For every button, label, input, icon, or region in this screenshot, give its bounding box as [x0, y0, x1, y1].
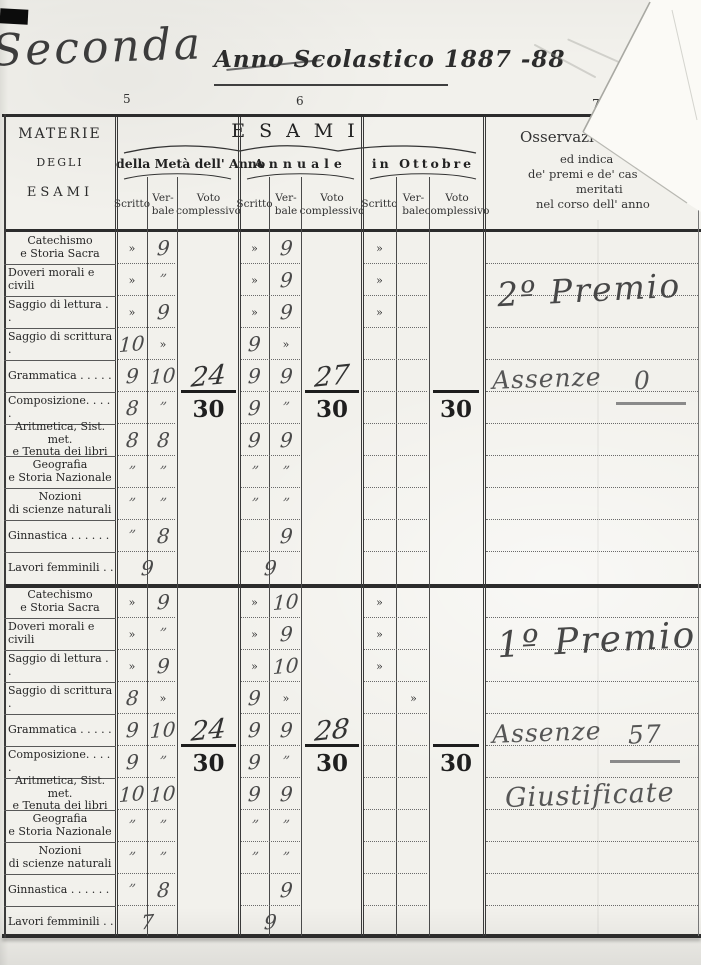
grade-cell: 9: [239, 552, 302, 584]
grade-cell: 9: [148, 586, 178, 618]
grade-value: 9: [156, 235, 170, 260]
materie-header: MATERIE DEGLI ESAMI: [4, 126, 116, 200]
grade-cell: 9: [116, 746, 148, 778]
grade-cell: ”: [148, 392, 178, 424]
ditto-printed-mark: »: [251, 274, 258, 287]
table-right-border: [698, 117, 699, 936]
ditto-hand-mark: ”: [127, 496, 137, 512]
grade-cell: 9: [270, 714, 302, 746]
grade-cell: ”: [116, 456, 148, 488]
grade-cell: »: [362, 650, 397, 682]
grade-cell: »: [116, 586, 148, 618]
row-dotted-line: [486, 841, 698, 842]
subject-label: Saggio di lettura . .: [6, 650, 114, 682]
grade-cell: 9: [239, 424, 270, 456]
grade-value: 9: [247, 717, 261, 742]
row-dotted-line: [364, 777, 427, 778]
grade-value: 10: [150, 781, 177, 807]
grade-cell: ”: [148, 746, 178, 778]
vote-line: [305, 390, 359, 393]
title-underline: [214, 84, 448, 86]
grade-cell: 7: [116, 906, 178, 938]
grade-value: 9: [279, 363, 293, 388]
row-dotted-line: [364, 455, 427, 456]
grade-cell: 10: [116, 778, 148, 810]
subject-label: Saggio di scrittura .: [6, 682, 114, 714]
grade-value: 9: [125, 749, 139, 774]
grade-cell: ”: [270, 746, 302, 778]
subcolumn-header-verbale: Ver- bale: [148, 182, 178, 228]
grade-cell: »: [397, 682, 430, 714]
subject-label: Ginnastica . . . . . .: [6, 520, 114, 552]
grade-cell: ”: [270, 810, 302, 842]
ditto-printed-mark: »: [160, 692, 167, 705]
grade-cell: 10: [148, 778, 178, 810]
esami-header: ESAMI: [116, 120, 484, 142]
ditto-hand-mark: ”: [249, 850, 259, 866]
grade-cell: »: [148, 682, 178, 714]
page-number: 7: [592, 97, 600, 111]
assenze-value: 57: [628, 719, 663, 749]
subcolumn-header-voto: Voto complessivo: [302, 182, 362, 228]
ditto-printed-mark: »: [376, 660, 383, 673]
grade-cell: 9: [116, 552, 178, 584]
grade-cell: ”: [239, 488, 270, 520]
subcolumn-header-scritto: Scritto: [239, 182, 270, 228]
grade-value: 10: [273, 589, 300, 615]
vote-line: [433, 390, 479, 393]
class-name-script: Seconda: [0, 18, 204, 76]
ditto-hand-mark: ”: [158, 272, 168, 288]
grade-cell: ”: [239, 810, 270, 842]
subcolumn-header-voto: Voto complessivo: [430, 182, 484, 228]
table-top-border: [2, 114, 701, 117]
row-dotted-line: [364, 745, 427, 746]
scan-artifact-corner: [0, 8, 28, 24]
ditto-printed-mark: »: [251, 242, 258, 255]
ditto-printed-mark: »: [129, 628, 136, 641]
grade-cell: ”: [270, 842, 302, 874]
ditto-hand-mark: ”: [158, 400, 168, 416]
vote-denominator: 30: [178, 395, 239, 425]
ditto-hand-mark: ”: [127, 818, 137, 834]
assenze-value: 0: [633, 366, 651, 396]
exam-group-header-ottobre: in Ottobre: [362, 156, 484, 171]
grade-cell: »: [270, 328, 302, 360]
ditto-hand-mark: ”: [249, 496, 259, 512]
row-dotted-line: [364, 487, 427, 488]
grade-cell: 9: [239, 778, 270, 810]
materie-header-line: ESAMI: [4, 185, 116, 200]
grade-cell: ”: [116, 874, 148, 906]
grade-cell: 9: [270, 264, 302, 296]
grade-cell: 9: [116, 360, 148, 392]
grade-cell: »: [362, 296, 397, 328]
subject-label: Lavori femminili . .: [6, 906, 114, 938]
table-column-divider: [429, 177, 430, 936]
grade-cell: 9: [270, 618, 302, 650]
osservazioni-header-line: nel corso dell' anno: [536, 197, 650, 211]
grade-cell: 9: [270, 232, 302, 264]
grade-cell: ”: [116, 520, 148, 552]
ditto-hand-mark: ”: [127, 528, 137, 544]
grade-cell: »: [239, 618, 270, 650]
ditto-printed-mark: »: [129, 596, 136, 609]
grade-cell: 9: [148, 232, 178, 264]
ditto-printed-mark: »: [376, 242, 383, 255]
grade-cell: »: [239, 650, 270, 682]
ditto-hand-mark: ”: [281, 818, 291, 834]
grade-cell: »: [362, 264, 397, 296]
row-dotted-line: [486, 455, 698, 456]
grade-value: 9: [247, 749, 261, 774]
grade-cell: 9: [270, 296, 302, 328]
ditto-printed-mark: »: [376, 274, 383, 287]
grade-value: 8: [125, 427, 139, 452]
grade-value: 8: [125, 395, 139, 420]
grade-cell: 9: [239, 392, 270, 424]
row-dotted-line: [486, 905, 698, 906]
grade-cell: ”: [116, 488, 148, 520]
osservazioni-header-line: ed indica: [560, 152, 613, 166]
materie-header-line: DEGLI: [4, 156, 116, 169]
grade-cell: »: [239, 296, 270, 328]
row-dotted-line: [486, 359, 698, 360]
grade-cell: 8: [116, 424, 148, 456]
grade-cell: ”: [116, 842, 148, 874]
grade-cell: 9: [270, 360, 302, 392]
grade-cell: 9: [148, 650, 178, 682]
grade-value: 9: [156, 653, 170, 678]
row-dotted-line: [364, 423, 427, 424]
ditto-printed-mark: »: [376, 596, 383, 609]
grade-cell: »: [239, 232, 270, 264]
grade-cell: ”: [116, 810, 148, 842]
grade-cell: ”: [148, 456, 178, 488]
grade-cell: »: [270, 682, 302, 714]
subject-label: Lavori femminili . .: [6, 552, 114, 584]
ditto-printed-mark: »: [283, 338, 290, 351]
row-dotted-line: [364, 873, 427, 874]
subject-label: Geografia e Storia Nazionale: [6, 810, 114, 842]
row-dotted-line: [486, 681, 698, 682]
vote-denominator: 30: [430, 395, 482, 425]
vote-line: [181, 390, 236, 393]
ditto-hand-mark: ”: [158, 850, 168, 866]
grade-value: 9: [279, 781, 293, 806]
grade-cell: ”: [270, 392, 302, 424]
subject-label: Saggio di lettura . .: [6, 296, 114, 328]
vote-denominator: 30: [178, 749, 239, 779]
ditto-hand-mark: ”: [281, 400, 291, 416]
ditto-hand-mark: ”: [158, 496, 168, 512]
materie-header-line: MATERIE: [4, 126, 116, 142]
assenze-underline: [610, 760, 680, 763]
group-brace: [368, 172, 478, 181]
pencil-scribble: [567, 38, 621, 63]
ditto-printed-mark: »: [376, 306, 383, 319]
grade-cell: ”: [148, 810, 178, 842]
grade-value: 9: [125, 363, 139, 388]
grade-cell: 9: [239, 328, 270, 360]
grade-value: 9: [247, 781, 261, 806]
subject-label: Grammatica . . . . .: [6, 360, 114, 392]
grade-cell: »: [116, 296, 148, 328]
subcolumn-header-verbale: Ver- bale: [270, 182, 302, 228]
grade-value: 9: [279, 717, 293, 742]
grade-cell: 8: [148, 424, 178, 456]
grade-cell: ”: [148, 618, 178, 650]
vote-denominator: 30: [302, 395, 362, 425]
grade-cell: »: [362, 618, 397, 650]
row-dotted-line: [486, 713, 698, 714]
grade-value: 9: [263, 555, 277, 580]
document-scan: Seconda Anno Scolastico 1887 -88 5 6 7 M…: [0, 0, 701, 965]
ditto-hand-mark: ”: [249, 818, 259, 834]
subject-label: Aritmetica, Sist. met. e Tenuta dei libr…: [6, 778, 114, 810]
grade-value: 8: [156, 877, 170, 902]
vote-denominator: 30: [302, 749, 362, 779]
ditto-printed-mark: »: [251, 596, 258, 609]
grade-cell: 9: [239, 714, 270, 746]
ditto-printed-mark: »: [129, 274, 136, 287]
ditto-hand-mark: ”: [158, 754, 168, 770]
grade-value: 9: [156, 589, 170, 614]
grade-cell: ”: [148, 842, 178, 874]
subject-label: Nozioni di scienze naturali: [6, 842, 114, 874]
giustificate-note: Giustificate: [505, 777, 676, 814]
grade-value: 9: [247, 363, 261, 388]
grade-cell: 9: [116, 714, 148, 746]
ditto-printed-mark: »: [410, 692, 417, 705]
grade-cell: ”: [270, 456, 302, 488]
ditto-hand-mark: ”: [127, 464, 137, 480]
grade-value: 9: [263, 909, 277, 934]
row-dotted-line: [486, 423, 698, 424]
osservazioni-header-line: Osservazi: [520, 128, 594, 146]
ditto-hand-mark: ”: [281, 496, 291, 512]
grade-value: 9: [247, 427, 261, 452]
grade-cell: »: [148, 328, 178, 360]
row-dotted-line: [486, 873, 698, 874]
row-dotted-line: [486, 263, 698, 264]
premio-note: 1º Premio: [496, 615, 698, 666]
exam-group-header-annuale: Annuale: [239, 156, 362, 171]
vote-line: [305, 744, 359, 747]
grade-value: 8: [156, 427, 170, 452]
ditto-hand-mark: ”: [158, 464, 168, 480]
page-number: 6: [296, 94, 304, 108]
grade-value: 9: [279, 235, 293, 260]
grade-cell: 9: [239, 906, 302, 938]
grade-value: 10: [119, 781, 146, 807]
grade-cell: »: [362, 232, 397, 264]
grade-value: 9: [125, 717, 139, 742]
grade-cell: 8: [148, 874, 178, 906]
grade-cell: ”: [270, 488, 302, 520]
grade-cell: »: [116, 232, 148, 264]
grade-cell: 9: [270, 778, 302, 810]
esami-brace: [122, 144, 478, 155]
grade-value: 10: [273, 653, 300, 679]
grade-cell: 8: [116, 682, 148, 714]
row-dotted-line: [364, 519, 427, 520]
ditto-hand-mark: ”: [158, 626, 168, 642]
grade-cell: »: [116, 650, 148, 682]
page-number: 5: [123, 92, 131, 106]
grade-value: 9: [247, 331, 261, 356]
vote-denominator: 30: [430, 749, 482, 779]
subject-label: Ginnastica . . . . . .: [6, 874, 114, 906]
subject-label: Aritmetica, Sist. met. e Tenuta dei libr…: [6, 424, 114, 456]
grade-value: 7: [140, 909, 154, 934]
subject-label: Grammatica . . . . .: [6, 714, 114, 746]
grade-value: 9: [279, 299, 293, 324]
grade-cell: 10: [148, 714, 178, 746]
grade-cell: 10: [270, 586, 302, 618]
ditto-hand-mark: ”: [249, 464, 259, 480]
grade-cell: 10: [148, 360, 178, 392]
ditto-printed-mark: »: [129, 306, 136, 319]
grade-cell: 9: [270, 424, 302, 456]
grade-cell: 9: [148, 296, 178, 328]
grade-cell: 10: [116, 328, 148, 360]
row-dotted-line: [486, 551, 698, 552]
ditto-printed-mark: »: [283, 692, 290, 705]
premio-note: 2º Premio: [496, 265, 698, 314]
ditto-hand-mark: ”: [281, 850, 291, 866]
ditto-hand-mark: ”: [127, 882, 137, 898]
vote-line: [433, 744, 479, 747]
exam-group-header-meta: della Metà dell' Anno: [116, 156, 239, 171]
assenze-note: Assenze: [492, 362, 603, 395]
row-dotted-line: [364, 359, 427, 360]
school-year-title: Anno Scolastico 1887 -88: [214, 46, 565, 73]
row-dotted-line: [486, 487, 698, 488]
grade-value: 9: [279, 267, 293, 292]
row-dotted-line: [364, 809, 427, 810]
ditto-printed-mark: »: [376, 628, 383, 641]
grade-value: 9: [156, 299, 170, 324]
subcolumn-header-scritto: Scritto: [362, 182, 397, 228]
ditto-printed-mark: »: [129, 660, 136, 673]
grade-value: 10: [119, 331, 146, 357]
grade-cell: ”: [148, 264, 178, 296]
grade-cell: 9: [239, 360, 270, 392]
row-dotted-line: [364, 841, 427, 842]
table-group-divider: [483, 117, 486, 936]
vote-line: [181, 744, 236, 747]
row-dotted-line: [364, 391, 427, 392]
grade-value: 9: [279, 621, 293, 646]
grade-value: 9: [247, 395, 261, 420]
grade-cell: »: [239, 264, 270, 296]
grade-cell: ”: [239, 456, 270, 488]
grade-cell: 9: [239, 746, 270, 778]
ditto-hand-mark: ”: [127, 850, 137, 866]
subject-label: Doveri morali e civili: [6, 618, 114, 650]
row-dotted-line: [486, 327, 698, 328]
subcolumn-header-scritto: Scritto: [116, 182, 148, 228]
osservazioni-header-line: de' premi e de' cas: [528, 167, 638, 181]
grade-cell: 9: [270, 874, 302, 906]
grade-cell: »: [116, 618, 148, 650]
subject-label: Catechismo e Storia Sacra: [6, 586, 114, 618]
ditto-hand-mark: ”: [281, 464, 291, 480]
row-dotted-line: [364, 905, 427, 906]
grade-value: 9: [247, 685, 261, 710]
grade-cell: »: [362, 586, 397, 618]
subject-label: Geografia e Storia Nazionale: [6, 456, 114, 488]
ditto-hand-mark: ”: [158, 818, 168, 834]
ditto-printed-mark: »: [160, 338, 167, 351]
grade-cell: ”: [148, 488, 178, 520]
grade-value: 10: [150, 717, 177, 743]
grade-cell: 9: [270, 520, 302, 552]
grade-value: 9: [279, 523, 293, 548]
ditto-hand-mark: ”: [281, 754, 291, 770]
row-dotted-line: [364, 551, 427, 552]
subject-label: Saggio di scrittura .: [6, 328, 114, 360]
grade-value: 8: [125, 685, 139, 710]
ditto-printed-mark: »: [251, 306, 258, 319]
ditto-printed-mark: »: [251, 628, 258, 641]
grade-value: 8: [156, 523, 170, 548]
ditto-printed-mark: »: [251, 660, 258, 673]
grade-value: 10: [150, 363, 177, 389]
ditto-printed-mark: »: [129, 242, 136, 255]
grade-cell: ”: [239, 842, 270, 874]
assenze-underline: [616, 402, 686, 405]
grade-value: 9: [140, 555, 154, 580]
grade-cell: »: [116, 264, 148, 296]
grade-cell: 8: [116, 392, 148, 424]
grade-value: 9: [279, 427, 293, 452]
subject-label: Nozioni di scienze naturali: [6, 488, 114, 520]
grade-cell: 9: [239, 682, 270, 714]
grade-value: 9: [279, 877, 293, 902]
subject-label: Catechismo e Storia Sacra: [6, 232, 114, 264]
osservazioni-header-line: meritati: [576, 182, 623, 196]
assenze-note: Assenze: [492, 716, 603, 749]
subject-label: Doveri morali e civili: [6, 264, 114, 296]
subcolumn-header-voto: Voto complessivo: [178, 182, 239, 228]
grade-cell: 10: [270, 650, 302, 682]
row-dotted-line: [486, 519, 698, 520]
grade-cell: 8: [148, 520, 178, 552]
grade-cell: »: [239, 586, 270, 618]
